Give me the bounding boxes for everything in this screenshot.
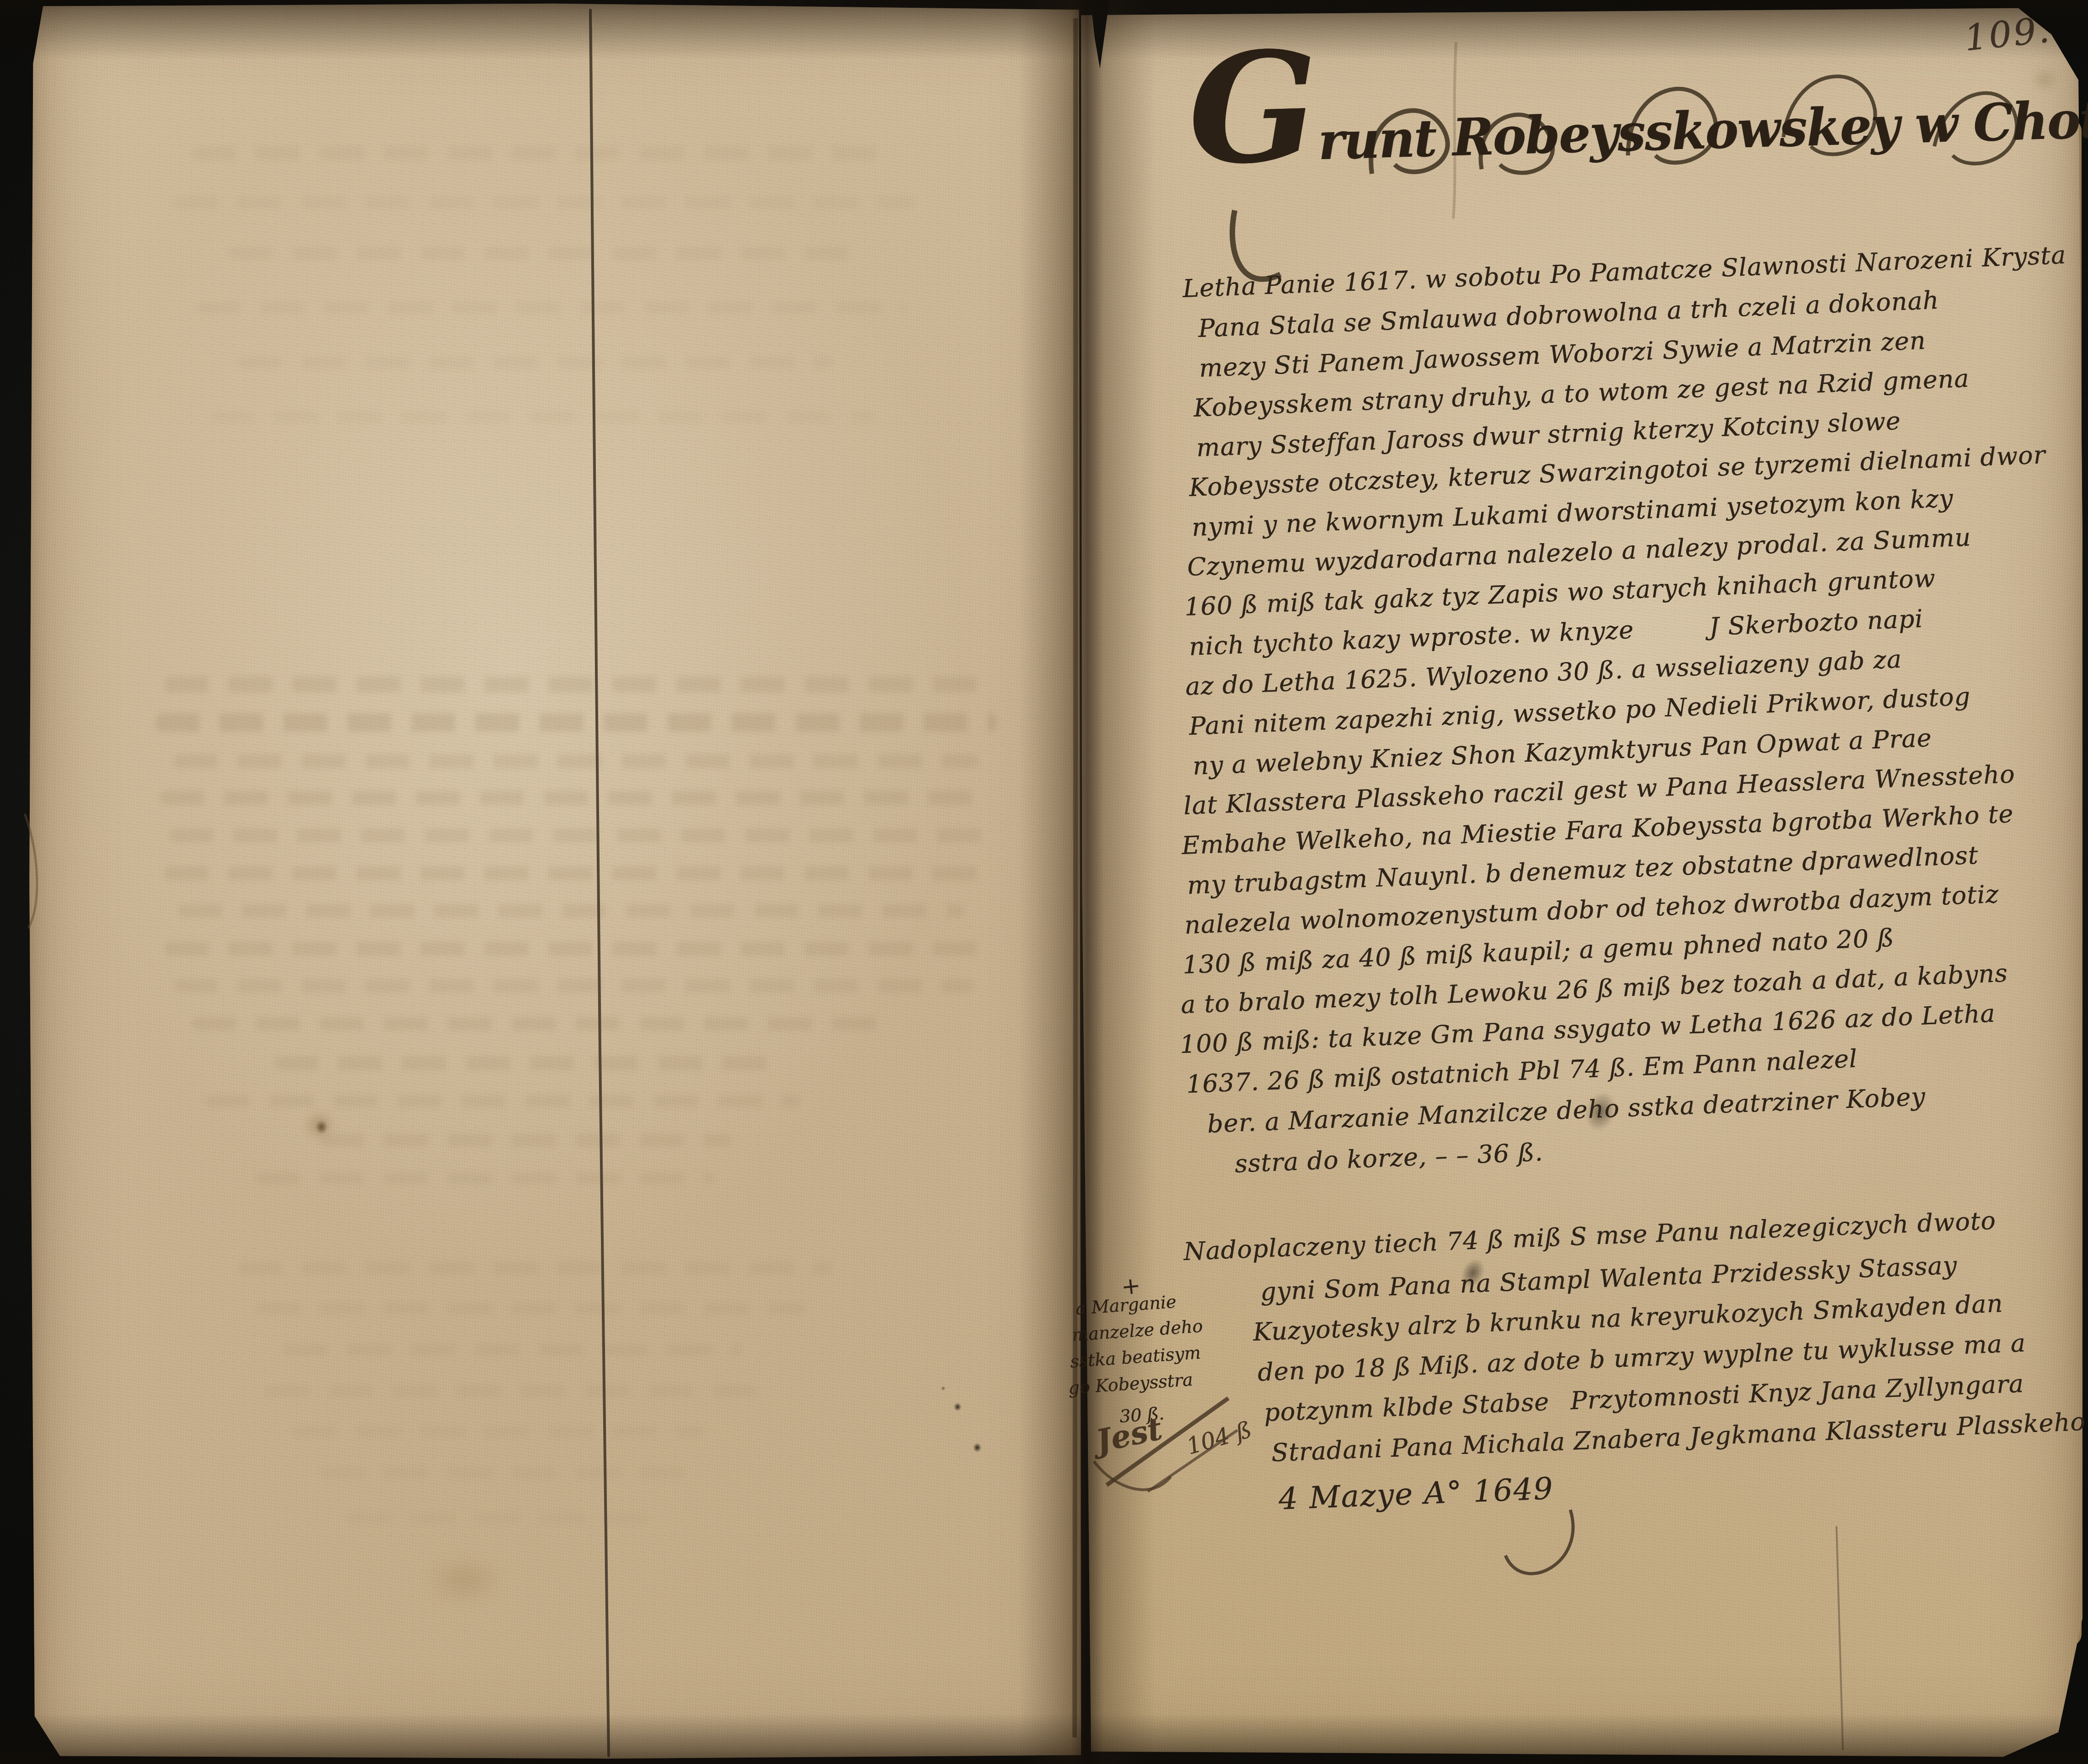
title-initial-letter: G: [1186, 38, 1319, 178]
book-scan: 109. G runt Robeysskowskey w Chotieny Le…: [0, 0, 2088, 1764]
left-page-verso: [28, 2, 1081, 1760]
